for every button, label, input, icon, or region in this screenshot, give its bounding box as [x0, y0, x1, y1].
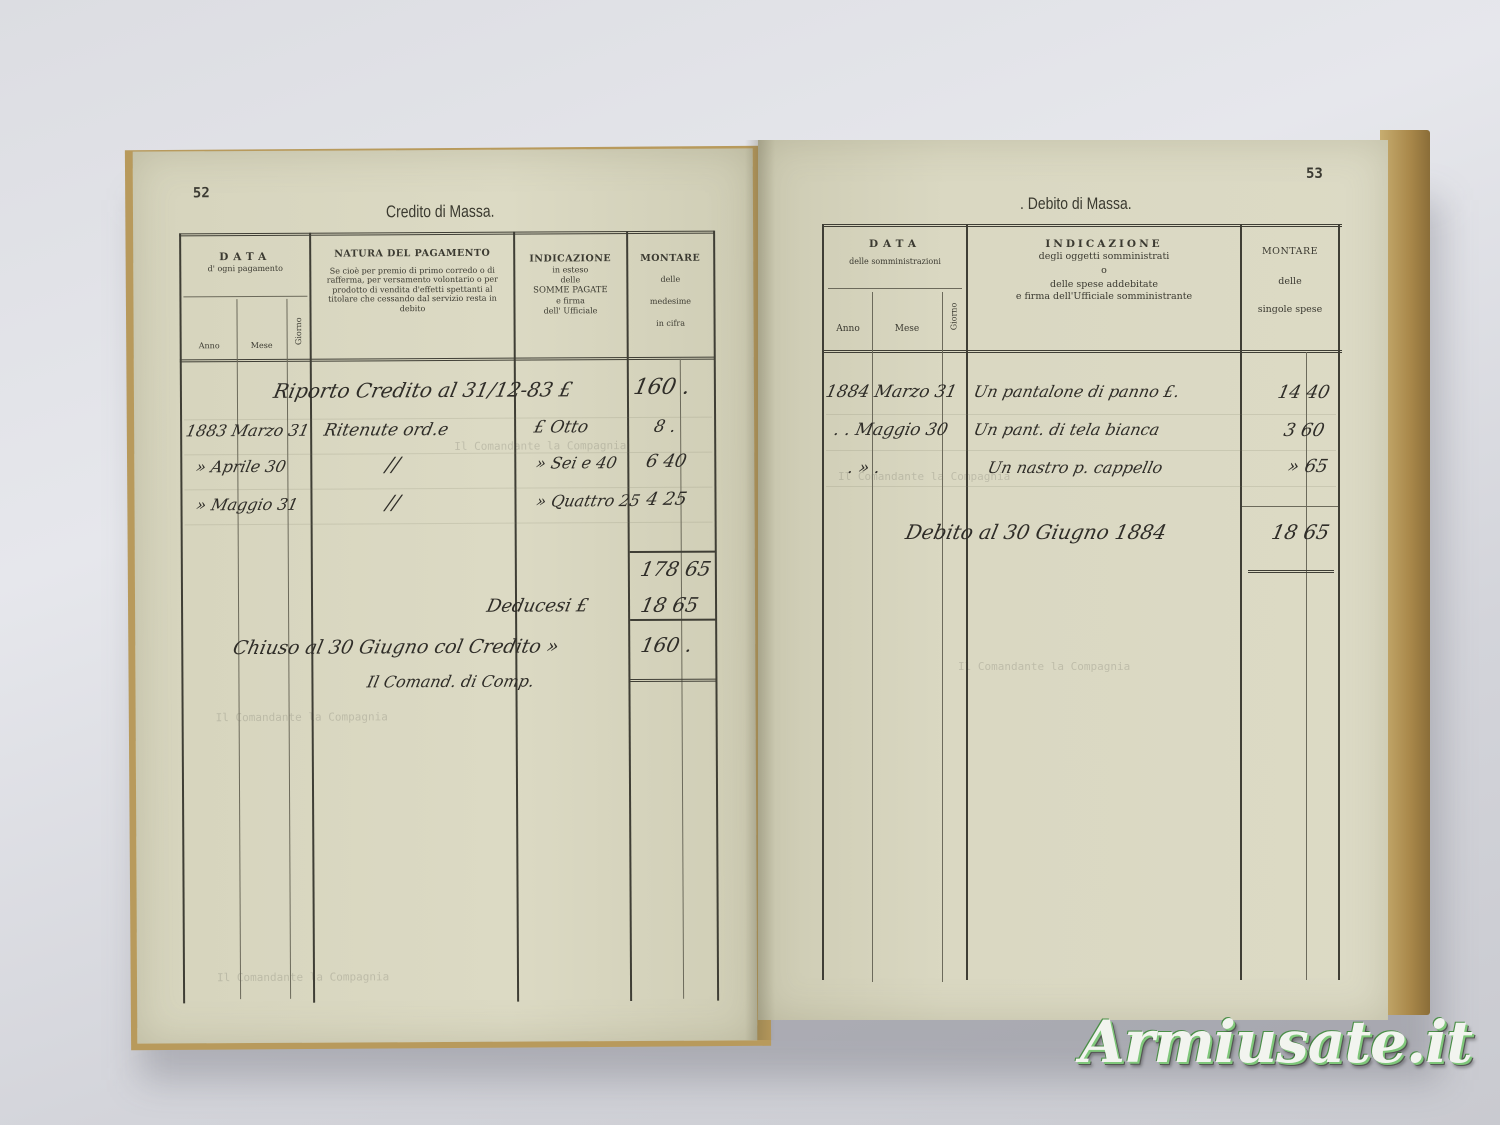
total-amount: 18 65 — [1269, 520, 1331, 544]
page-title: . Debito di Massa. — [1020, 194, 1132, 214]
entry-amount: » 65 — [1286, 456, 1330, 477]
page-title: Credito di Massa. — [386, 202, 495, 223]
total-double-rule — [1248, 570, 1334, 573]
entry-natura: // — [384, 490, 402, 514]
subtotal-amount: 178 65 — [638, 557, 713, 581]
date-header-separator — [183, 296, 307, 298]
show-through-text: Il Comandante la Compagnia — [217, 970, 389, 984]
total-label: Debito al 30 Giugno 1884 — [903, 520, 1168, 544]
entry-description: Un pant. di tela bianca — [972, 420, 1161, 439]
watermark-logo: Armiusate.it — [1080, 1008, 1472, 1076]
show-through-text: Il Comandante la Compagnia — [454, 439, 626, 453]
entry-indicazione: » Sei e 40 — [534, 453, 618, 472]
entry-natura: // — [384, 452, 402, 476]
column-divider — [966, 224, 968, 980]
header-mese: Mese — [237, 333, 287, 353]
right-page: 53 . Debito di Massa. Il Comandante la C… — [758, 140, 1388, 1020]
signature: Il Comand. di Comp. — [365, 672, 536, 692]
header-mese: Mese — [872, 316, 942, 336]
closing-amount: 160 . — [639, 633, 695, 657]
entry-amount: 14 40 — [1276, 382, 1332, 403]
header-montare: MONTARE delle medesime in cifra — [628, 253, 712, 329]
header-natura: NATURA DEL PAGAMENTO Se cioè per premio … — [313, 248, 511, 314]
entry-description: Un nastro p. cappello — [986, 458, 1165, 477]
header-bottom-border — [180, 357, 715, 363]
entry-description: Un pantalone di panno £. — [972, 382, 1181, 401]
entry-amount: 4 25 — [644, 489, 688, 510]
entry-date: 1883 Marzo 31 — [184, 421, 311, 441]
header-montare: MONTARE delle singole spese — [1242, 246, 1338, 316]
page-number: 52 — [193, 185, 210, 201]
header-bottom-border — [822, 350, 1342, 353]
table-top-border — [179, 231, 714, 237]
entry-indicazione: £ Otto — [532, 417, 590, 437]
entry-amount: 3 60 — [1282, 420, 1327, 441]
header-giorno: Giorno — [950, 297, 959, 337]
column-divider — [1240, 224, 1242, 980]
show-through-text: Il Comandante la Compagnia — [216, 710, 388, 724]
entry-natura: Riporto Credito al 31/12-83 £ — [271, 377, 574, 403]
book-gutter — [745, 140, 775, 1040]
deduction-label: Deducesi £ — [485, 595, 590, 617]
entry-date: . » . — [846, 458, 882, 478]
entry-date: » Maggio 31 — [195, 495, 300, 515]
deduction-rule — [630, 619, 716, 621]
column-divider — [626, 231, 632, 1001]
page-number: 53 — [1306, 166, 1323, 182]
show-through-text: Il Comandante la Compagnia — [958, 660, 1130, 673]
date-header-separator — [828, 288, 962, 289]
table-top-border — [822, 224, 1342, 227]
deduction-amount: 18 65 — [639, 593, 701, 617]
table-left-border — [822, 224, 824, 980]
entry-indicazione: » Quattro 25 — [535, 491, 642, 511]
column-divider — [309, 233, 315, 1003]
entry-amount: 6 40 — [644, 451, 688, 472]
header-data: DATA d' ogni pagamento — [181, 251, 309, 275]
entry-amount: 160 . — [631, 375, 692, 400]
subtotal-rule — [630, 551, 716, 553]
total-rule — [1242, 506, 1338, 507]
closing-label: Chiuso al 30 Giugno col Credito » — [231, 635, 561, 659]
closing-rule — [630, 679, 716, 682]
entry-date: . . Maggio 30 — [832, 420, 950, 440]
column-divider — [1306, 352, 1307, 980]
header-anno: Anno — [182, 333, 237, 353]
header-anno: Anno — [824, 316, 872, 336]
entry-date: » Aprile 30 — [194, 457, 287, 476]
entry-date: 1884 Marzo 31 — [824, 382, 959, 402]
left-page: 52 Credito di Massa. Il Comandante la Co… — [133, 148, 758, 1043]
header-indicazione: INDICAZIONE degli oggetti somministrati … — [968, 238, 1240, 303]
header-giorno: Giorno — [294, 311, 303, 351]
table-right-border — [713, 231, 719, 1001]
header-data: DATA delle somministrazioni — [824, 238, 966, 267]
table-right-border — [1338, 224, 1340, 980]
header-indicazione: INDICAZIONE in esteso delle SOMME PAGATE… — [515, 253, 625, 316]
entry-amount: 8 . — [652, 417, 678, 437]
entry-natura: Ritenute ord.e — [322, 420, 450, 441]
